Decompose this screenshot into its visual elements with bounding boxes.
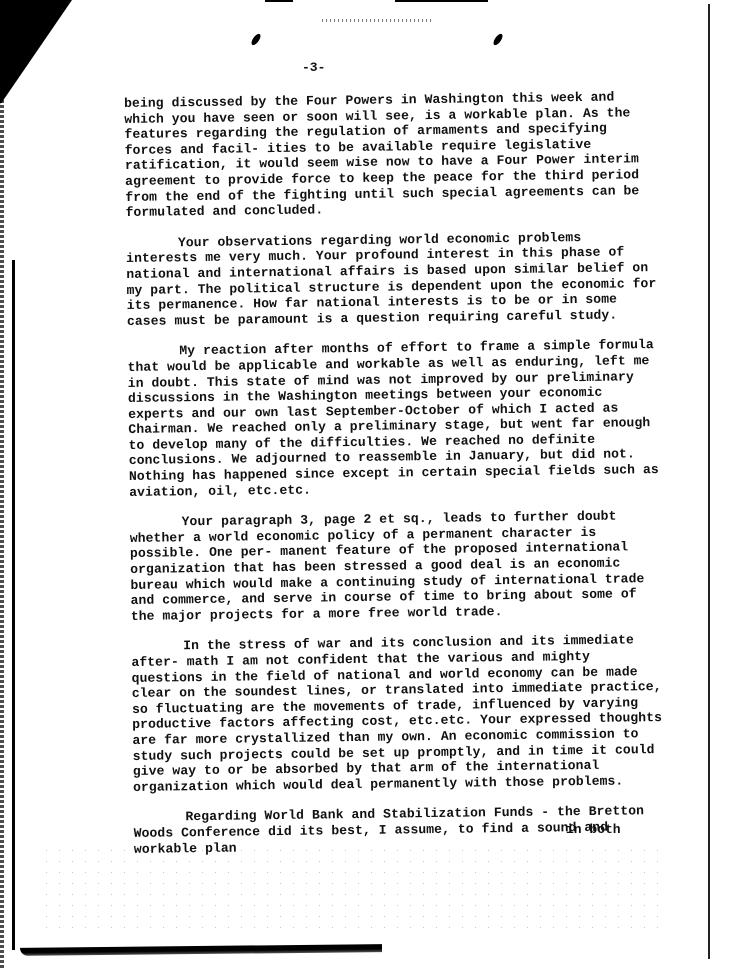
scan-top-edge	[265, 0, 293, 2]
scan-top-edge	[395, 0, 488, 2]
page-number: -3-	[302, 60, 325, 75]
paragraph: being discussed by the Four Powers in Wa…	[124, 89, 656, 221]
paragraph: In the stress of war and its conclusion …	[131, 632, 663, 795]
scan-corner-shadow	[0, 0, 72, 105]
punch-hole-mark	[250, 32, 262, 46]
letter-body: being discussed by the Four Powers in Wa…	[124, 89, 664, 872]
scan-left-edge	[0, 100, 4, 970]
scan-bottom-shadow	[20, 944, 382, 956]
punch-hole-mark	[492, 32, 504, 46]
scan-speckle	[322, 19, 432, 22]
continuation-catchword: in both	[566, 822, 621, 837]
paragraph: Your paragraph 3, page 2 et sq., leads t…	[129, 508, 660, 624]
scan-left-frame-line	[12, 260, 15, 950]
paragraph: My reaction after months of effort to fr…	[127, 337, 659, 500]
paragraph: Your observations regarding world econom…	[126, 229, 657, 329]
scan-right-frame-line	[708, 4, 710, 959]
